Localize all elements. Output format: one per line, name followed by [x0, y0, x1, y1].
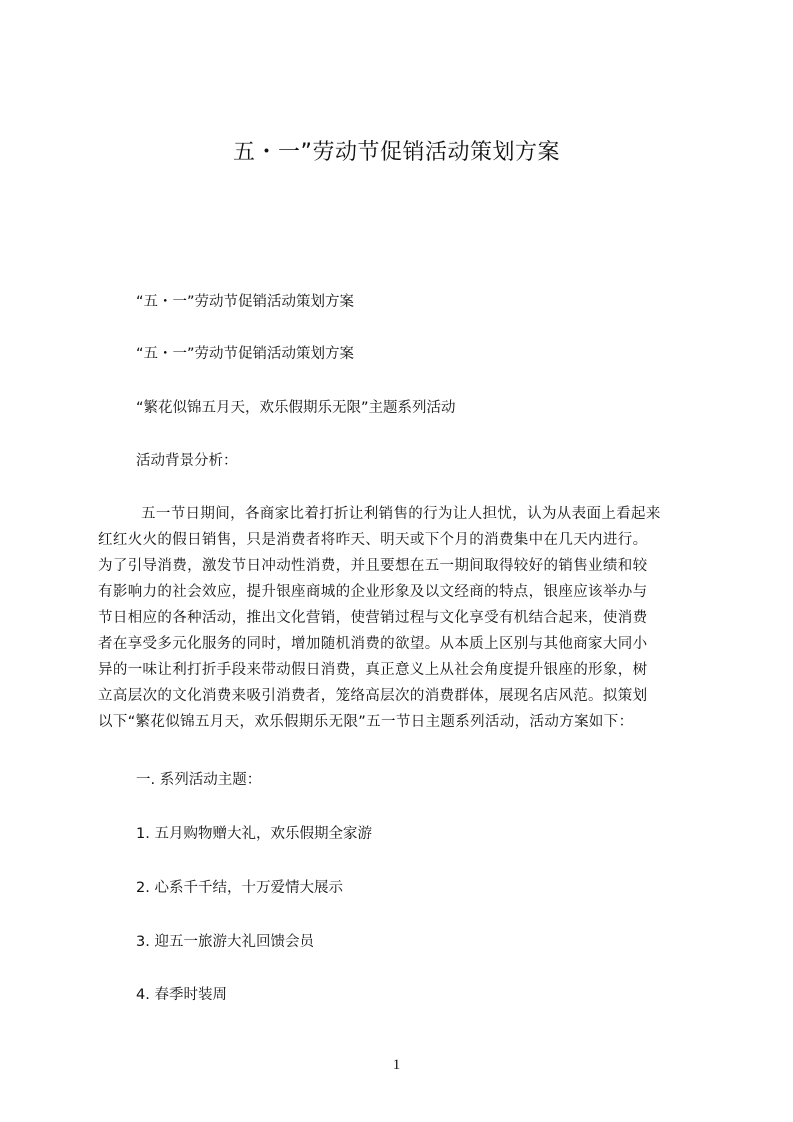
document-title: 五・一”劳动节促销活动策划方案: [0, 138, 793, 168]
paragraph-line: 有影响力的社会效应，提升银座商城的企业形象及以文经商的特点，银座应该举办与: [98, 579, 698, 605]
heading-line-2: “五・一”劳动节促销活动策划方案: [136, 344, 354, 364]
themes-heading: 一. 系列活动主题：: [136, 770, 261, 790]
paragraph-line: 节日相应的各种活动，推出文化营销，使营销过程与文化享受有机结合起来，使消费: [98, 605, 698, 631]
theme-item-4: 4. 春季时装周: [136, 985, 227, 1005]
theme-item-2: 2. 心系千千结，十万爱情大展示: [136, 878, 343, 898]
theme-item-1: 1. 五月购物赠大礼，欢乐假期全家游: [136, 824, 372, 844]
paragraph-line: 为了引导消费，激发节日冲动性消费，并且要想在五一期间取得较好的销售业绩和较: [98, 553, 698, 579]
paragraph-line: 五一节日期间，各商家比着打折让利销售的行为让人担忧，认为从表面上看起来: [98, 501, 698, 527]
paragraph-line: 立高层次的文化消费来吸引消费者，笼络高层次的消费群体，展现名店风范。拟策划: [98, 683, 698, 709]
theme-item-3: 3. 迎五一旅游大礼回馈会员: [136, 932, 314, 952]
paragraph-line: 红红火火的假日销售，只是消费者将昨天、明天或下个月的消费集中在几天内进行。: [98, 527, 698, 553]
paragraph-line: 异的一味让利打折手段来带动假日消费，真正意义上从社会角度提升银座的形象，树: [98, 657, 698, 683]
heading-line-3: “繁花似锦五月天，欢乐假期乐无限”主题系列活动: [136, 398, 456, 418]
page-number: 1: [0, 1055, 793, 1075]
paragraph-line: 以下“繁花似锦五月天，欢乐假期乐无限”五一节日主题系列活动，活动方案如下：: [98, 709, 698, 735]
section-label-background: 活动背景分析：: [136, 451, 238, 471]
paragraph-line: 者在享受多元化服务的同时，增加随机消费的欲望。从本质上区别与其他商家大同小: [98, 631, 698, 657]
background-paragraph: 五一节日期间，各商家比着打折让利销售的行为让人担忧，认为从表面上看起来 红红火火…: [98, 501, 698, 735]
document-page: 五・一”劳动节促销活动策划方案 “五・一”劳动节促销活动策划方案 “五・一”劳动…: [0, 0, 793, 1122]
heading-line-1: “五・一”劳动节促销活动策划方案: [136, 292, 354, 312]
